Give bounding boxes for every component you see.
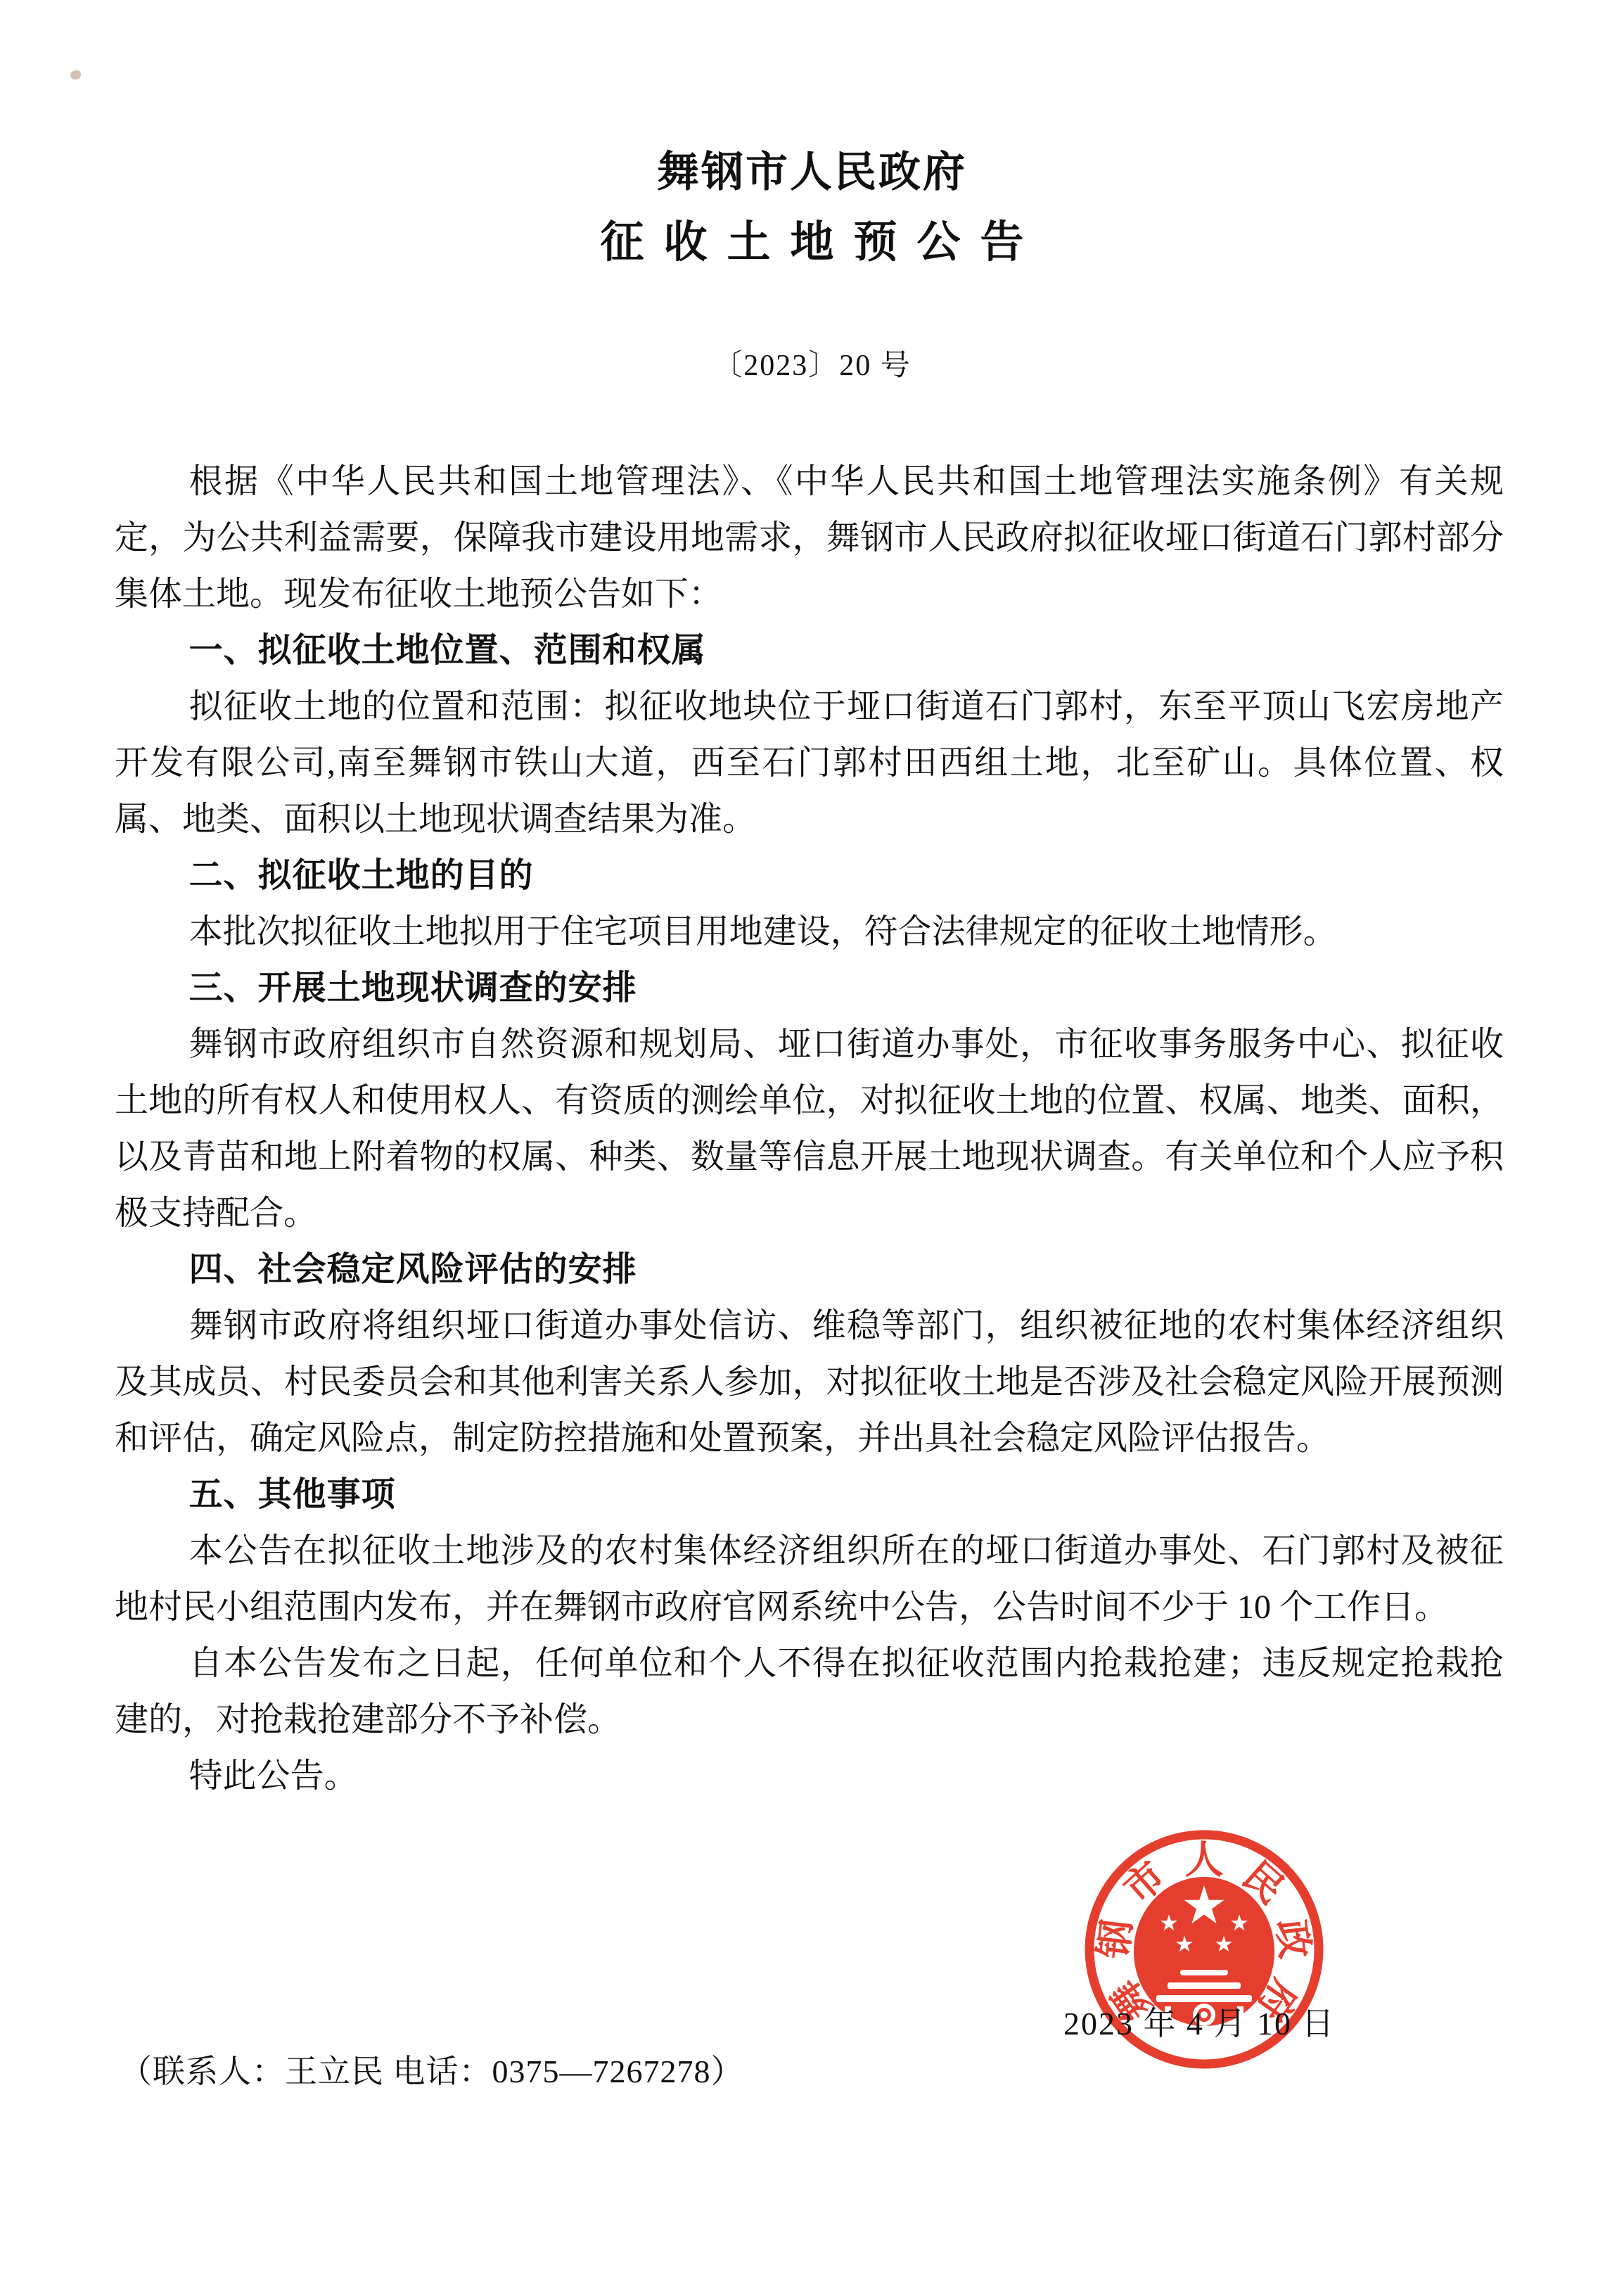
section-heading-1: 一、拟征收土地位置、范围和权属 (115, 623, 1504, 679)
document-page: 舞钢市人民政府 征收土地预公告 〔2023〕20 号 根据《中华人民共和国土地管… (0, 0, 1624, 2292)
document-title-org: 舞钢市人民政府 (0, 144, 1624, 200)
announcement-body: 根据《中华人民共和国土地管理法》、《中华人民共和国土地管理法实施条例》有关规定，… (115, 454, 1504, 1804)
scan-artifact-speck (70, 70, 81, 79)
body-paragraph-intro: 根据《中华人民共和国土地管理法》、《中华人民共和国土地管理法实施条例》有关规定，… (115, 454, 1504, 623)
document-title-subject: 征收土地预公告 (0, 213, 1624, 272)
section-heading-2: 二、拟征收土地的目的 (115, 848, 1504, 904)
body-paragraph-prohibition: 自本公告发布之日起，任何单位和个人不得在拟征收范围内抢栽抢建；违反规定抢栽抢建的… (115, 1636, 1504, 1748)
svg-text:人: 人 (1184, 1839, 1223, 1882)
section-heading-3: 三、开展土地现状调查的安排 (115, 960, 1504, 1017)
contact-info: （联系人：王立民 电话：0375—7267278） (120, 2047, 744, 2096)
body-paragraph-survey: 舞钢市政府组织市自然资源和规划局、垭口街道办事处，市征收事务服务中心、拟征收土地… (115, 1017, 1504, 1242)
body-paragraph-closing: 特此公告。 (115, 1748, 1504, 1804)
section-heading-4: 四、社会稳定风险评估的安排 (115, 1242, 1504, 1298)
svg-text:政: 政 (1270, 1917, 1317, 1961)
body-paragraph-purpose: 本批次拟征收土地拟用于住宅项目用地建设，符合法律规定的征收土地情形。 (115, 904, 1504, 960)
body-paragraph-publication: 本公告在拟征收土地涉及的农村集体经济组织所在的垭口街道办事处、石门郭村及被征地村… (115, 1523, 1504, 1636)
section-heading-5: 五、其他事项 (115, 1467, 1504, 1523)
issue-date: 2023 年 4 月 10 日 (1063, 1999, 1336, 2049)
body-paragraph-location: 拟征收土地的位置和范围：拟征收地块位于垭口街道石门郭村，东至平顶山飞宏房地产开发… (115, 679, 1504, 848)
svg-text:钢: 钢 (1092, 1917, 1139, 1961)
document-number: 〔2023〕20 号 (0, 336, 1624, 395)
body-paragraph-risk: 舞钢市政府将组织垭口街道办事处信访、维稳等部门，组织被征地的农村集体经济组织及其… (115, 1298, 1504, 1467)
